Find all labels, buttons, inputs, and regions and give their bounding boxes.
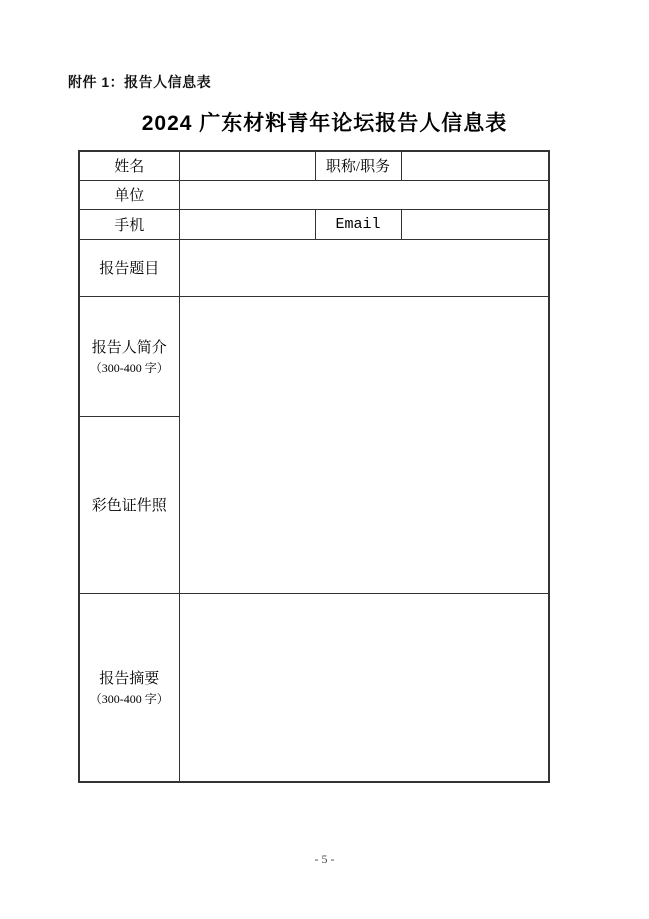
bio-photo-field[interactable] — [179, 296, 549, 593]
name-field[interactable] — [179, 151, 315, 180]
abstract-label-text: 报告摘要 — [99, 671, 159, 687]
speaker-bio-label: 报告人简介 （300-400 字） — [79, 296, 179, 416]
abstract-note: （300-400 字） — [80, 690, 179, 707]
speaker-bio-note: （300-400 字） — [80, 359, 179, 376]
name-label: 姓名 — [79, 151, 179, 180]
table-row: 姓名 职称/职务 — [79, 151, 549, 180]
table-row: 单位 — [79, 180, 549, 209]
table-row: 报告题目 — [79, 239, 549, 296]
speaker-bio-label-text: 报告人简介 — [92, 340, 167, 356]
document-page: 附件 1：报告人信息表 2024 广东材料青年论坛报告人信息表 姓名 职称/职务… — [0, 0, 649, 919]
email-field[interactable] — [401, 209, 549, 239]
title-position-field[interactable] — [401, 151, 549, 180]
report-title-label: 报告题目 — [79, 239, 179, 296]
table-row: 手机 Email — [79, 209, 549, 239]
organization-label: 单位 — [79, 180, 179, 209]
report-title-field[interactable] — [179, 239, 549, 296]
email-label: Email — [315, 209, 401, 239]
title-position-label: 职称/职务 — [315, 151, 401, 180]
mobile-field[interactable] — [179, 209, 315, 239]
mobile-label: 手机 — [79, 209, 179, 239]
page-number: - 5 - — [0, 852, 649, 867]
organization-field[interactable] — [179, 180, 549, 209]
table-row: 报告人简介 （300-400 字） — [79, 296, 549, 416]
table-row: 报告摘要 （300-400 字） — [79, 593, 549, 782]
abstract-label: 报告摘要 （300-400 字） — [79, 593, 179, 782]
speaker-info-table: 姓名 职称/职务 单位 手机 Email 报告题目 报告人简介 （300-400… — [78, 150, 550, 783]
abstract-field[interactable] — [179, 593, 549, 782]
page-title: 2024 广东材料青年论坛报告人信息表 — [0, 107, 649, 137]
attachment-label: 附件 1：报告人信息表 — [68, 72, 211, 92]
photo-label: 彩色证件照 — [79, 416, 179, 593]
